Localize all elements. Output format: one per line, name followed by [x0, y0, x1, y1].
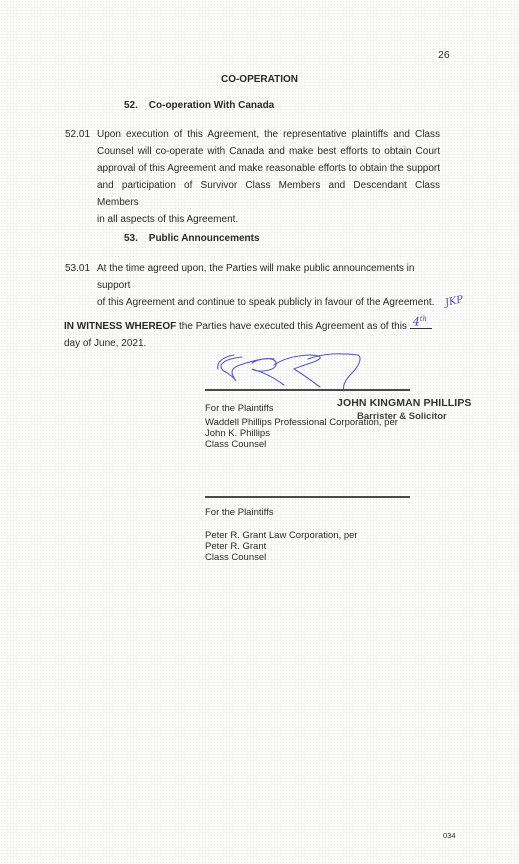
- section-heading-text: Public Announcements: [149, 233, 260, 244]
- firm-line: Class Counsel: [205, 439, 398, 450]
- signatory-firm-block: Waddell Phillips Professional Corporatio…: [205, 417, 398, 450]
- witness-line-2: day of June, 2021.: [64, 335, 444, 352]
- stamp-name: JOHN KINGMAN PHILLIPS: [337, 397, 472, 409]
- witness-text: the Parties have executed this Agreement…: [176, 321, 409, 332]
- handwritten-day: 4th: [413, 311, 427, 331]
- firm-line: Class Counsel: [205, 552, 358, 563]
- paragraph-line: Upon execution of this Agreement, the re…: [97, 126, 440, 143]
- signatory-for-label: For the Plaintiffs: [205, 507, 273, 518]
- section-number: 52.: [124, 100, 146, 111]
- paragraph-line: approval of this Agreement and make reas…: [97, 160, 440, 177]
- paragraph-text: At the time agreed upon, the Parties wil…: [97, 260, 447, 311]
- paragraph-text: Upon execution of this Agreement, the re…: [97, 126, 440, 228]
- paragraph-number: 52.01: [65, 126, 90, 143]
- paragraph-line: in all aspects of this Agreement.: [97, 211, 440, 228]
- signature-line: [205, 496, 410, 498]
- footer-page-number: 034: [443, 831, 456, 840]
- paragraph-line: and participation of Survivor Class Memb…: [97, 177, 440, 211]
- page-number: 26: [438, 49, 450, 61]
- paragraph-line: At the time agreed upon, the Parties wil…: [97, 260, 447, 294]
- witness-lead: IN WITNESS WHEREOF: [64, 321, 176, 332]
- signature-scribble: [212, 351, 372, 393]
- section-heading-52: 52. Co-operation With Canada: [124, 100, 274, 111]
- paragraph-number: 53.01: [65, 260, 90, 277]
- paragraph-line: Counsel will co-operate with Canada and …: [97, 143, 440, 160]
- paragraph-line: of this Agreement and continue to speak …: [97, 294, 447, 311]
- section-heading-text: Co-operation With Canada: [149, 100, 274, 111]
- section-heading-53: 53. Public Announcements: [124, 233, 260, 244]
- firm-line: Waddell Phillips Professional Corporatio…: [205, 417, 398, 428]
- witness-line-1: IN WITNESS WHEREOF the Parties have exec…: [64, 318, 444, 335]
- firm-line: Peter R. Grant Law Corporation, per: [205, 530, 358, 541]
- witness-clause: IN WITNESS WHEREOF the Parties have exec…: [64, 318, 444, 352]
- firm-line: Peter R. Grant: [205, 541, 358, 552]
- section-title: CO-OPERATION: [0, 74, 519, 85]
- section-number: 53.: [124, 233, 146, 244]
- date-blank: 4th: [410, 318, 432, 329]
- signatory-firm-block: Peter R. Grant Law Corporation, per Pete…: [205, 530, 358, 563]
- firm-line: John K. Phillips: [205, 428, 398, 439]
- handwritten-initials: JKP: [444, 294, 464, 309]
- signatory-for-label: For the Plaintiffs: [205, 403, 273, 414]
- signature-line: [205, 389, 410, 391]
- document-page: 26 CO-OPERATION 52. Co-operation With Ca…: [0, 0, 519, 864]
